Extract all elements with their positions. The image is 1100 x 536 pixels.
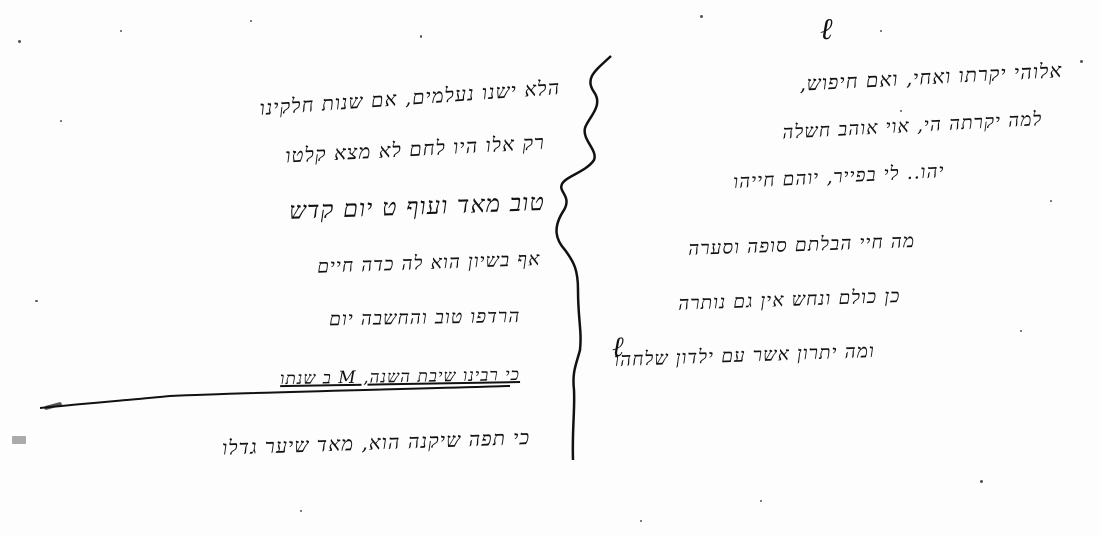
bottom-mark: ℓ <box>612 330 624 364</box>
scanned-page: ℓ אלוהי יקרתו ואחי, ואם חיפוש, למה יקרתה… <box>0 0 1100 536</box>
underline-stroke <box>40 378 520 418</box>
left-line-5: הרדפו טוב והחשבה יום <box>328 305 520 331</box>
top-mark: ℓ <box>820 12 833 47</box>
